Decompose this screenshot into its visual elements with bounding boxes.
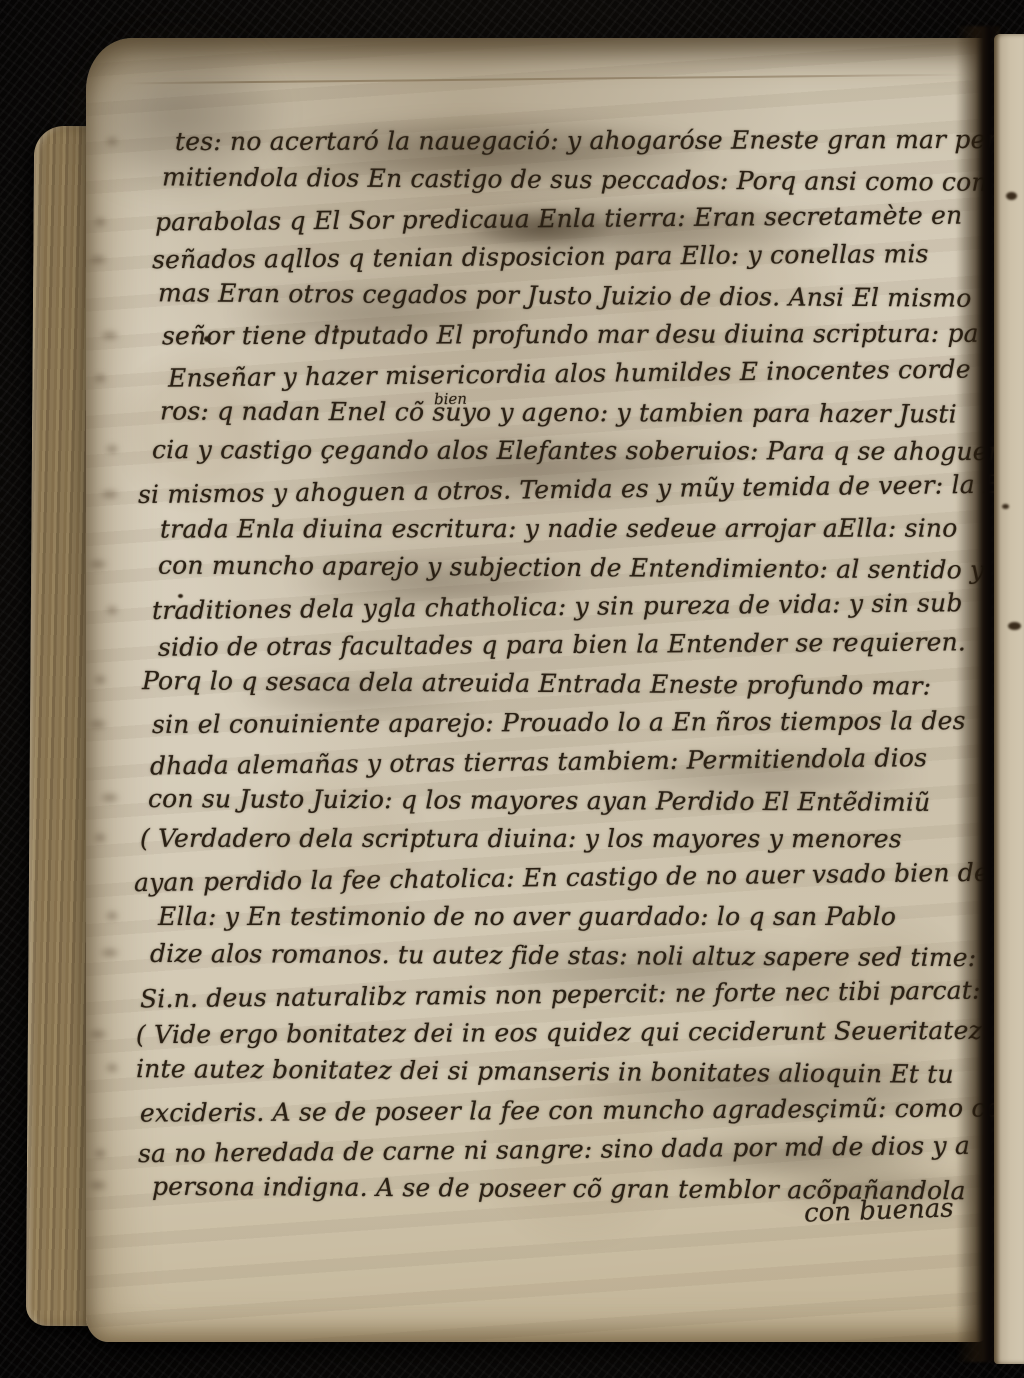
catchword: con buenas: [804, 1193, 955, 1228]
manuscript-line: mas Eran otros cegados por Justo Juizio …: [158, 274, 976, 318]
manuscript-line: trada Enla diuina escritura: y nadie sed…: [160, 509, 976, 549]
bleedthrough-mark: [86, 1029, 109, 1041]
manuscript-line: sa no heredada de carne ni sangre: sino …: [138, 1127, 976, 1174]
bleedthrough-mark: [98, 791, 121, 803]
bleedthrough-mark: [92, 1147, 108, 1159]
manuscript-line: ( Verdadero dela scriptura diuina: y los…: [140, 820, 976, 859]
manuscript-line: sidio de otras facultades q para bien la…: [158, 624, 976, 668]
manuscript-line: dize alos romanos. tu autez fide stas: n…: [150, 935, 976, 978]
manuscript-line: Enseñar y hazer misericordia alos humild…: [168, 350, 976, 398]
ink-speck: [1002, 504, 1009, 509]
text-lines: tes: no acertaró la nauegació: y ahogaró…: [150, 122, 976, 1208]
manuscript-line: Porq lo q sesaca dela atreuida Entrada E…: [142, 662, 976, 707]
manuscript-line: ( Vide ergo bonitatez dei in eos quidez …: [136, 1012, 976, 1055]
photographed-book: tes: no acertaró la nauegació: y ahogaró…: [0, 0, 1024, 1378]
manuscript-line: dhada alemañas y otras tierras tambiem: …: [150, 738, 976, 786]
bleedthrough-mark: [104, 135, 120, 147]
manuscript-line: ros: q nadan Enel cõ suyo y ageno: y tam…: [160, 392, 976, 434]
manuscript-line: señor tiene diputado El profundo mar des…: [162, 315, 976, 356]
bleedthrough-mark: [98, 488, 121, 500]
manuscript-line: mitiendola dios En castigo de sus peccad…: [162, 158, 976, 202]
interlinear-insertion: bien: [434, 390, 467, 409]
bleedthrough-mark: [92, 674, 108, 686]
bleedthrough-mark: [92, 216, 108, 228]
ink-speck: [1006, 192, 1017, 200]
manuscript-line: cia y castigo çegando alos Elefantes sob…: [152, 432, 976, 473]
manuscript-line: excideris. A se de poseer la fee con mun…: [140, 1089, 976, 1133]
bleedthrough-mark: [92, 372, 108, 384]
bleedthrough-mark: [92, 832, 108, 844]
bleedthrough-mark: [104, 443, 120, 455]
bleedthrough-mark: [86, 254, 109, 266]
manuscript-line: sin el conuiniente aparejo: Prouado lo a…: [152, 702, 976, 745]
bleedthrough-mark: [86, 718, 109, 730]
crease-line: [122, 74, 968, 85]
manuscript-line: ayan perdido la fee chatolica: En castig…: [134, 854, 976, 903]
bleedthrough-mark: [104, 604, 120, 616]
bleedthrough-mark: [98, 946, 121, 958]
manuscript-line: con muncho aparejo y subjection de Enten…: [158, 546, 976, 590]
manuscript-line: si mismos y ahoguen a otros. Temida es y…: [138, 466, 976, 515]
ink-speck: [1008, 622, 1021, 630]
manuscript-line: inte autez bonitatez dei si pmanseris in…: [136, 1050, 976, 1095]
bleedthrough-mark: [86, 1179, 109, 1191]
manuscript-line: con su Justo Juizio: q los mayores ayan …: [148, 780, 976, 823]
manuscript-line: Ella: y En testimonio de no aver guardad…: [158, 898, 976, 937]
bleedthrough-mark: [104, 910, 120, 922]
manuscript-line: señados aqllos q tenian disposicion para…: [152, 235, 976, 280]
bleedthrough-mark: [98, 329, 121, 341]
bleedthrough-mark: [86, 558, 109, 570]
bleedthrough-mark: [104, 1062, 120, 1074]
facing-page-sliver: [994, 34, 1024, 1364]
manuscript-page: tes: no acertaró la nauegació: y ahogaró…: [86, 38, 988, 1342]
manuscript-line: tes: no acertaró la nauegació: y ahogaró…: [175, 121, 976, 162]
